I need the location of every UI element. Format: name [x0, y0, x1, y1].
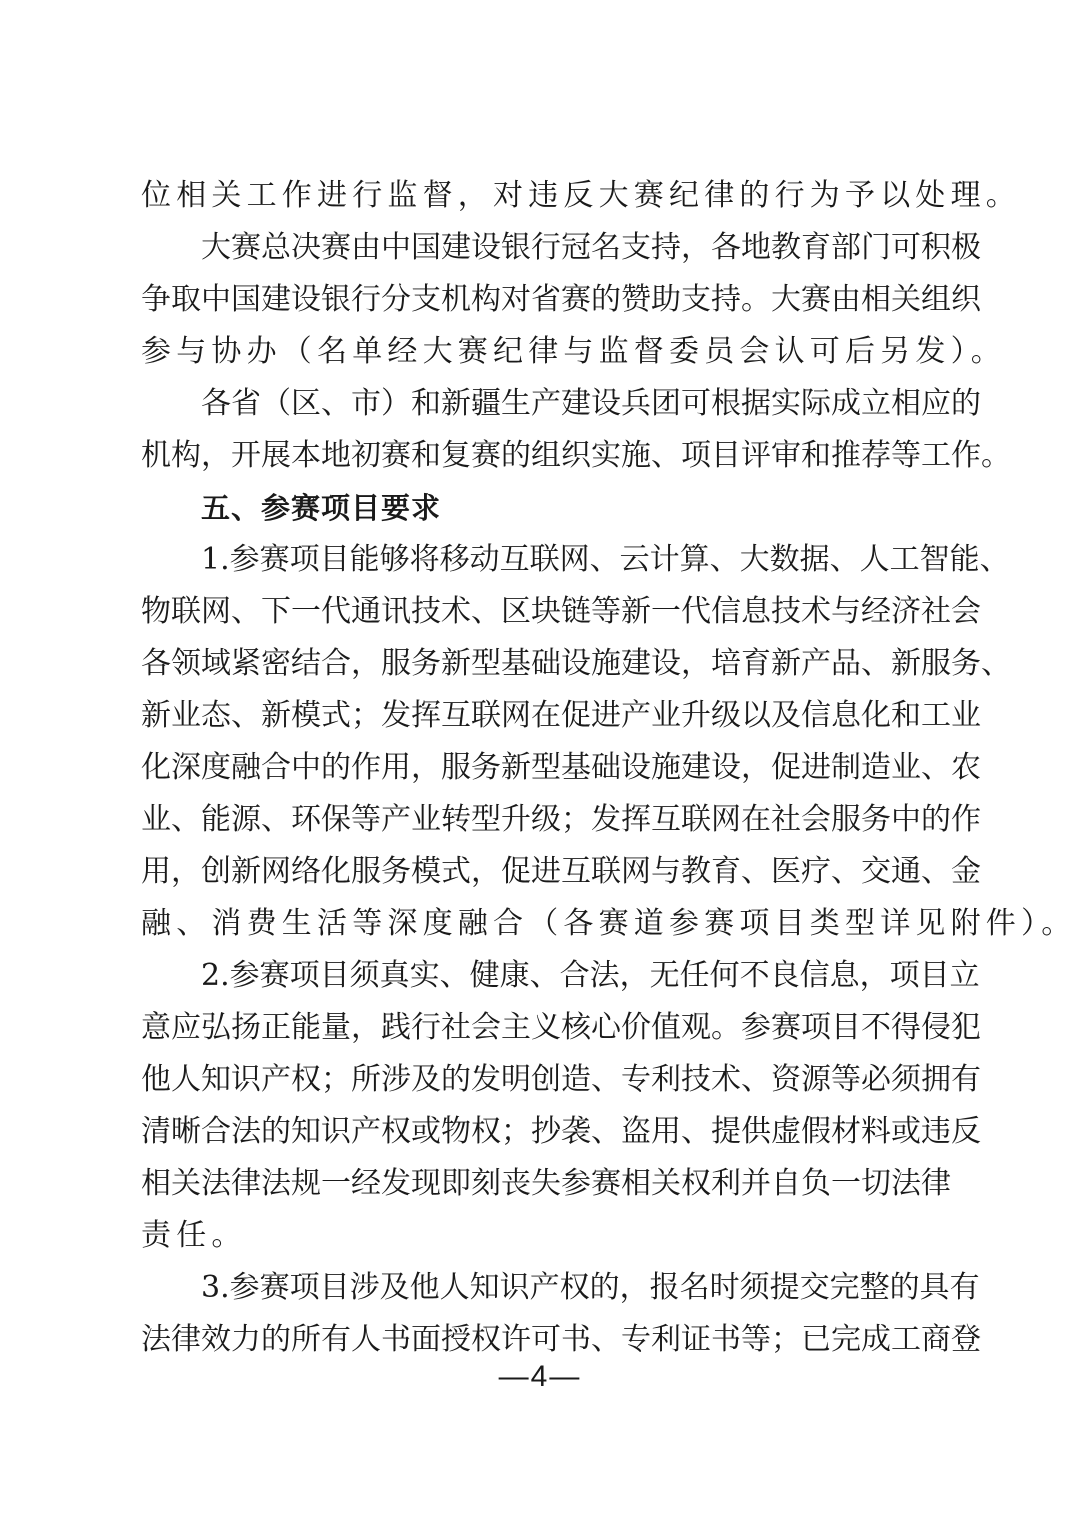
paragraph-first-line: 大赛总决赛由中国建设银行冠名支持，各地教育部门可积极 [141, 222, 941, 274]
paragraph-first-line: 各省（区、市）和新疆生产建设兵团可根据实际成立相应的 [141, 378, 941, 430]
paragraph-line: 各领域紧密结合，服务新型基础设施建设，培育新产品、新服务、 [141, 638, 941, 690]
paragraph-line: 他人知识产权；所涉及的发明创造、专利技术、资源等必须拥有 [141, 1054, 941, 1106]
paragraph-line: 参与协办（名单经大赛纪律与监督委员会认可后另发）。 [141, 326, 941, 378]
paragraph-first-line: 2.参赛项目须真实、健康、合法，无任何不良信息，项目立 [141, 950, 941, 1002]
paragraph-line: 责任。 [141, 1210, 941, 1262]
section-heading: 五、参赛项目要求 [141, 482, 941, 534]
paragraph-line: 融、消费生活等深度融合（各赛道参赛项目类型详见附件）。 [141, 898, 941, 950]
paragraph-line: 用，创新网络化服务模式，促进互联网与教育、医疗、交通、金 [141, 846, 941, 898]
paragraph-line: 业、能源、环保等产业转型升级；发挥互联网在社会服务中的作 [141, 794, 941, 846]
paragraph-line: 争取中国建设银行分支机构对省赛的赞助支持。大赛由相关组织 [141, 274, 941, 326]
document-body: 位相关工作进行监督，对违反大赛纪律的行为予以处理。大赛总决赛由中国建设银行冠名支… [141, 170, 941, 1366]
paragraph-line: 法律效力的所有人书面授权许可书、专利证书等；已完成工商登 [141, 1314, 941, 1366]
paragraph-line: 相关法律法规一经发现即刻丧失参赛相关权利并自负一切法律 [141, 1158, 941, 1210]
paragraph-first-line: 3.参赛项目涉及他人知识产权的，报名时须提交完整的具有 [141, 1262, 941, 1314]
paragraph-line: 清晰合法的知识产权或物权；抄袭、盗用、提供虚假材料或违反 [141, 1106, 941, 1158]
paragraph-first-line: 1.参赛项目能够将移动互联网、云计算、大数据、人工智能、 [141, 534, 941, 586]
paragraph-line: 机构，开展本地初赛和复赛的组织实施、项目评审和推荐等工作。 [141, 430, 941, 482]
paragraph-line: 化深度融合中的作用，服务新型基础设施建设，促进制造业、农 [141, 742, 941, 794]
paragraph-line: 物联网、下一代通讯技术、区块链等新一代信息技术与经济社会 [141, 586, 941, 638]
paragraph-line: 意应弘扬正能量，践行社会主义核心价值观。参赛项目不得侵犯 [141, 1002, 941, 1054]
paragraph-line: 新业态、新模式；发挥互联网在促进产业升级以及信息化和工业 [141, 690, 941, 742]
page-number: —4— [0, 1360, 1080, 1394]
paragraph-line: 位相关工作进行监督，对违反大赛纪律的行为予以处理。 [141, 170, 941, 222]
